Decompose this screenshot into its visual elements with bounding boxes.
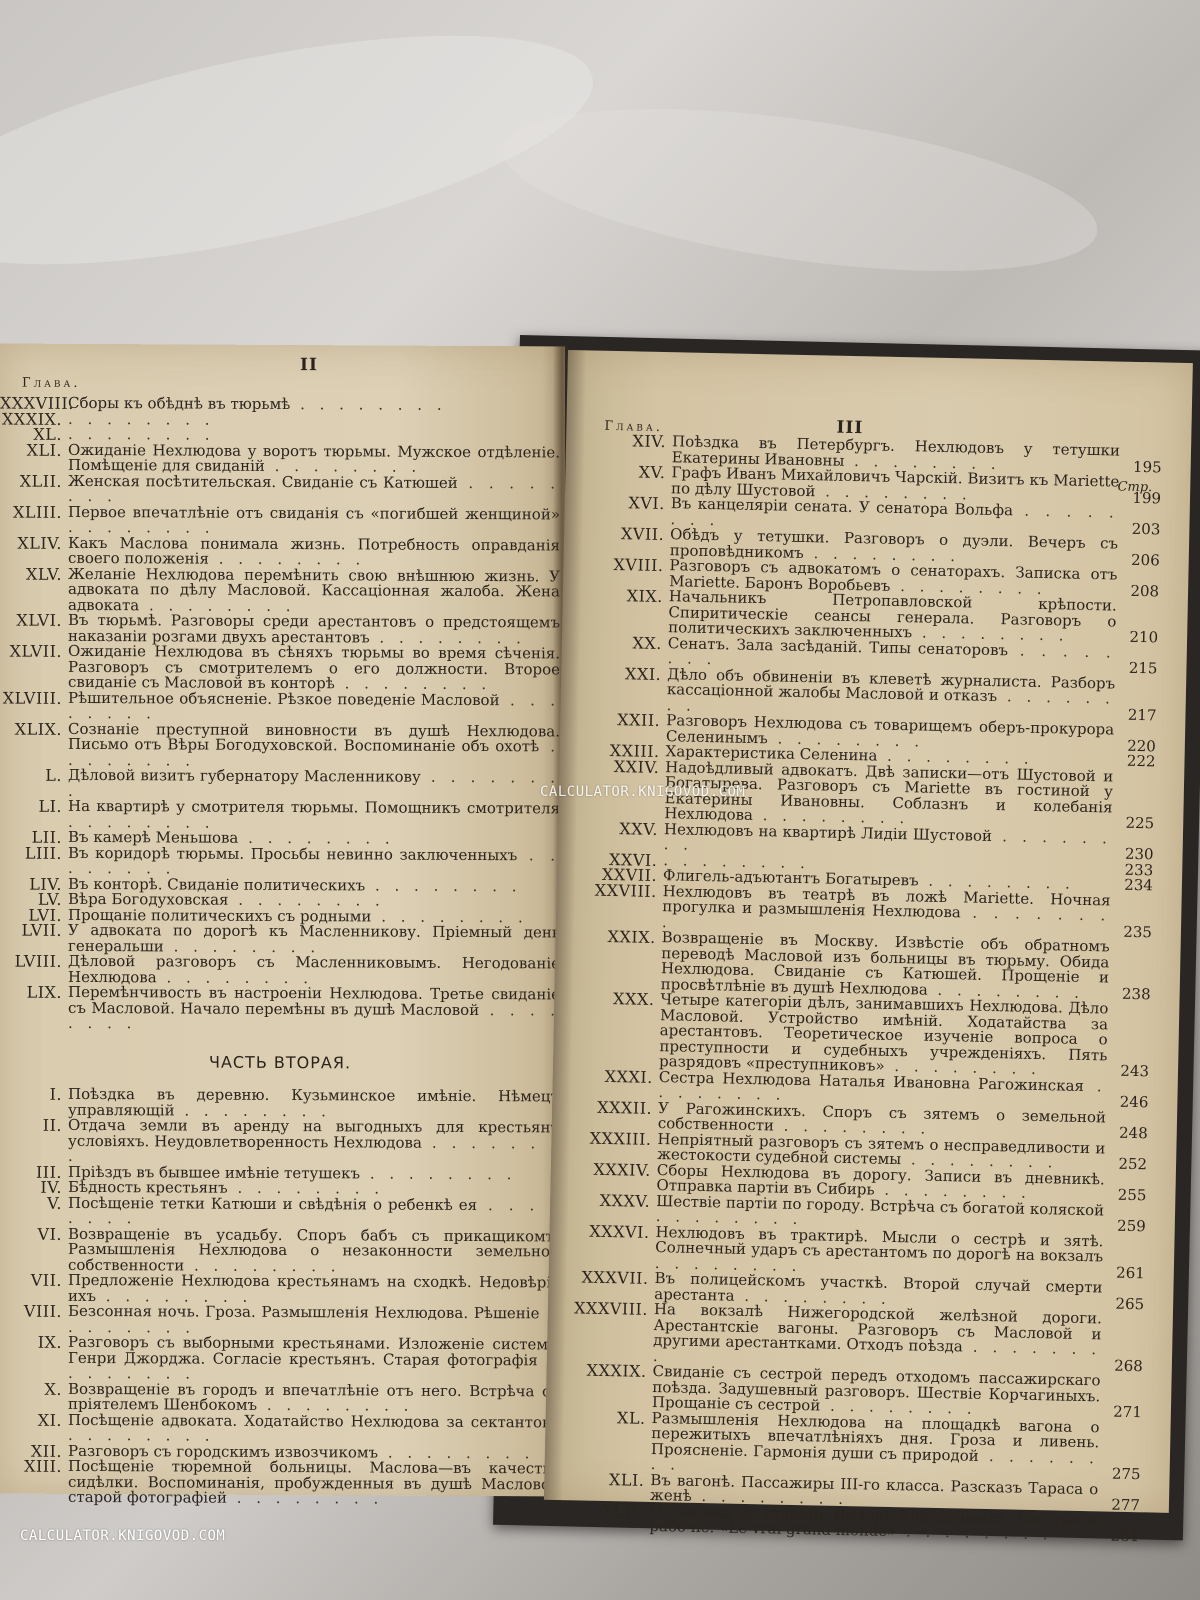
chapter-number: XLI.: [544, 1470, 650, 1488]
chapter-title: Ожиданіе Нехлюдова въ сѣняхъ тюрьмы во в…: [68, 644, 560, 693]
table-of-contents: XIV.Поѣздка въ Петербургъ. Нехлюдовъ у т…: [543, 432, 1166, 1545]
left-page: II Глава. XXXVIII.Сборы къ обѣднѣ въ тюр…: [0, 344, 565, 1497]
chapter-number: XVIII.: [563, 556, 669, 574]
chapter-number: XXVIII.: [557, 881, 663, 899]
page-reference: 195: [1120, 459, 1166, 475]
chapter-title: Четыре категоріи дѣлъ, занимавшихъ Нехлю…: [659, 992, 1109, 1079]
watermark: CALCULATOR.KNIGOVOD.COM: [540, 784, 745, 800]
chapter-number: LVII.: [0, 923, 68, 939]
page-reference: 238: [1108, 986, 1154, 1002]
page-reference: 222: [1113, 754, 1159, 770]
chapter-number: XVI.: [565, 494, 671, 512]
page-reference: 206: [1118, 552, 1164, 568]
chapter-number: XXXII.: [552, 1098, 658, 1116]
toc-entries-part-two: I.Поѣздка въ деревню. Кузьминское имѣніе…: [0, 1087, 560, 1508]
chapter-number: XLIX.: [0, 721, 68, 737]
page-reference: 255: [1104, 1187, 1150, 1203]
background-marble-texture: [493, 79, 1107, 301]
chapter-number: VI.: [0, 1226, 68, 1242]
chapter-number: XIX.: [563, 587, 669, 605]
chapter-title: Желаніе Нехлюдова перемѣнить свою внѣшню…: [68, 566, 560, 615]
toc-entry: XIII.Посѣщеніе тюремной больницы. Маслов…: [0, 1459, 560, 1508]
page-reference: 277: [1098, 1497, 1144, 1513]
chapter-number: VIII.: [0, 1304, 68, 1320]
page-reference: 235: [1110, 924, 1156, 940]
toc-entries: XIV.Поѣздка въ Петербургъ. Нехлюдовъ у т…: [543, 432, 1166, 1545]
chapter-number: XIII.: [0, 1459, 68, 1475]
chapter-number: I.: [0, 1087, 68, 1103]
chapter-number: LIX.: [0, 985, 68, 1001]
page-reference: 203: [1118, 521, 1164, 537]
page-reference: 248: [1106, 1125, 1152, 1141]
chapter-title-text: Женская посѣтительская. Свиданіе съ Катю…: [68, 471, 458, 491]
page-reference: 234: [1111, 877, 1157, 893]
chapter-number: XXII.: [560, 711, 666, 729]
chapter-number: XV.: [565, 463, 671, 481]
chapter-number: XXXV.: [550, 1191, 656, 1209]
chapter-number: XLVII.: [0, 644, 68, 660]
chapter-number: XLII.: [544, 1501, 650, 1519]
page-reference: 271: [1100, 1404, 1146, 1420]
chapter-title: Разговоръ съ выборными крестьянами. Изло…: [68, 1335, 560, 1384]
page-reference: 275: [1098, 1466, 1144, 1482]
chapter-number: XLIV.: [0, 535, 68, 551]
chapter-title-text: Дѣловой визитъ губернатору Масленникову: [68, 766, 421, 786]
page-reference: 281: [1097, 1528, 1143, 1544]
page-reference: 208: [1117, 583, 1163, 599]
toc-entry: VI.Возвращеніе въ усадьбу. Споръ бабъ съ…: [0, 1226, 560, 1275]
chapter-number: VII.: [0, 1273, 68, 1289]
chapter-number: XXXVIII.: [548, 1300, 654, 1318]
toc-entry: II.Отдача земли въ аренду на выгодныхъ д…: [0, 1118, 560, 1167]
chapter-number: X.: [0, 1381, 68, 1397]
dot-leader: . . . . . . . .: [290, 395, 446, 414]
chapter-number: XXIX.: [556, 928, 662, 946]
toc-entry: XLV.Желаніе Нехлюдова перемѣнить свою вн…: [0, 566, 560, 615]
chapter-number: XXXIX.: [546, 1362, 652, 1380]
part-heading: ЧАСТЬ ВТОРАЯ.: [0, 1053, 560, 1071]
right-page: III Глава. Стр. XIV.Поѣздка въ Петербург…: [544, 350, 1193, 1513]
toc-entry: XLIX.Сознаніе преступной виновности въ д…: [0, 721, 560, 770]
chapter-number: XXXIV.: [551, 1160, 657, 1178]
page-reference: 246: [1106, 1094, 1152, 1110]
chapter-number: XLI.: [0, 442, 68, 458]
chapter-number: XX.: [562, 633, 668, 651]
chapter-title: Перемѣнчивость въ настроеніи Нехлюдова. …: [68, 985, 560, 1034]
chapter-column-label: Глава.: [22, 376, 81, 391]
chapter-number: LI.: [0, 799, 68, 815]
chapter-number: XL.: [546, 1408, 652, 1426]
page-reference: 243: [1107, 1063, 1153, 1079]
chapter-number: XLII.: [0, 473, 68, 489]
page-reference: 225: [1112, 816, 1158, 832]
page-reference: 215: [1115, 661, 1161, 677]
chapter-number: XI.: [0, 1412, 68, 1428]
chapter-number: LIII.: [0, 845, 68, 861]
table-of-contents: XXXVIII.Сборы къ обѣднѣ въ тюрьмѣ . . . …: [0, 396, 560, 1508]
chapter-number: XXX.: [554, 990, 660, 1008]
page-reference: 217: [1114, 707, 1160, 723]
page-reference: 199: [1119, 490, 1165, 506]
chapter-number: IX.: [0, 1335, 68, 1351]
chapter-number: XXXVII.: [548, 1269, 654, 1287]
page-reference: 261: [1103, 1265, 1149, 1281]
chapter-title: Посѣщеніе тюремной больницы. Маслова—въ …: [68, 1459, 560, 1508]
chapter-number: II.: [0, 1118, 68, 1134]
chapter-number: XLVIII.: [0, 690, 68, 706]
chapter-number: XXXIII.: [551, 1129, 657, 1147]
toc-entry: IX.Разговоръ съ выборными крестьянами. И…: [0, 1335, 560, 1384]
chapter-number: XXI.: [561, 664, 667, 682]
chapter-number: XVII.: [564, 525, 670, 543]
toc-entry: XXX.Четыре категоріи дѣлъ, занимавшихъ Н…: [553, 990, 1154, 1080]
dot-leader: . . . . . . . .: [896, 1522, 1053, 1543]
dot-leader: . . . . . . . .: [227, 1489, 383, 1508]
chapter-number: XLIII.: [0, 504, 68, 520]
chapter-title: Остановка на станціи. Выходъ Корчагиныхъ…: [649, 1503, 1098, 1543]
chapter-number: XLV.: [0, 566, 68, 582]
dot-leader: . . . . . . . .: [365, 876, 521, 895]
chapter-number: XXXI.: [553, 1067, 659, 1085]
chapter-number: XXIV.: [559, 757, 665, 775]
page-reference: 210: [1116, 630, 1162, 646]
chapter-number: LVIII.: [0, 954, 68, 970]
chapter-number: XIV.: [566, 432, 672, 450]
page-reference: 259: [1104, 1218, 1150, 1234]
chapter-number: L.: [0, 768, 68, 784]
chapter-title: Отдача земли въ аренду на выгодныхъ для …: [68, 1118, 560, 1167]
toc-entry: LIX.Перемѣнчивость въ настроеніи Нехлюдо…: [0, 985, 560, 1034]
chapter-number: V.: [0, 1195, 68, 1211]
chapter-title: Возвращеніе въ усадьбу. Споръ бабъ съ пр…: [68, 1226, 560, 1275]
chapter-number: XLVI.: [0, 613, 68, 629]
toc-entries-part-one: XXXVIII.Сборы къ обѣднѣ въ тюрьмѣ . . . …: [0, 396, 560, 1034]
chapter-title-text: Дѣловой разговоръ съ Масленниковымъ. Нег…: [68, 952, 560, 986]
page-number: II: [300, 355, 318, 375]
chapter-number: XXV.: [558, 819, 664, 837]
page-reference: 265: [1102, 1296, 1148, 1312]
chapter-number: XXXVI.: [549, 1222, 655, 1240]
page-reference: 252: [1105, 1156, 1151, 1172]
chapter-title: Сознаніе преступной виновности въ душѣ Н…: [68, 721, 560, 770]
toc-entry: XLVII.Ожиданіе Нехлюдова въ сѣняхъ тюрьм…: [0, 644, 560, 693]
page-reference: 268: [1101, 1358, 1147, 1374]
watermark: CALCULATOR.KNIGOVOD.COM: [20, 1528, 225, 1544]
